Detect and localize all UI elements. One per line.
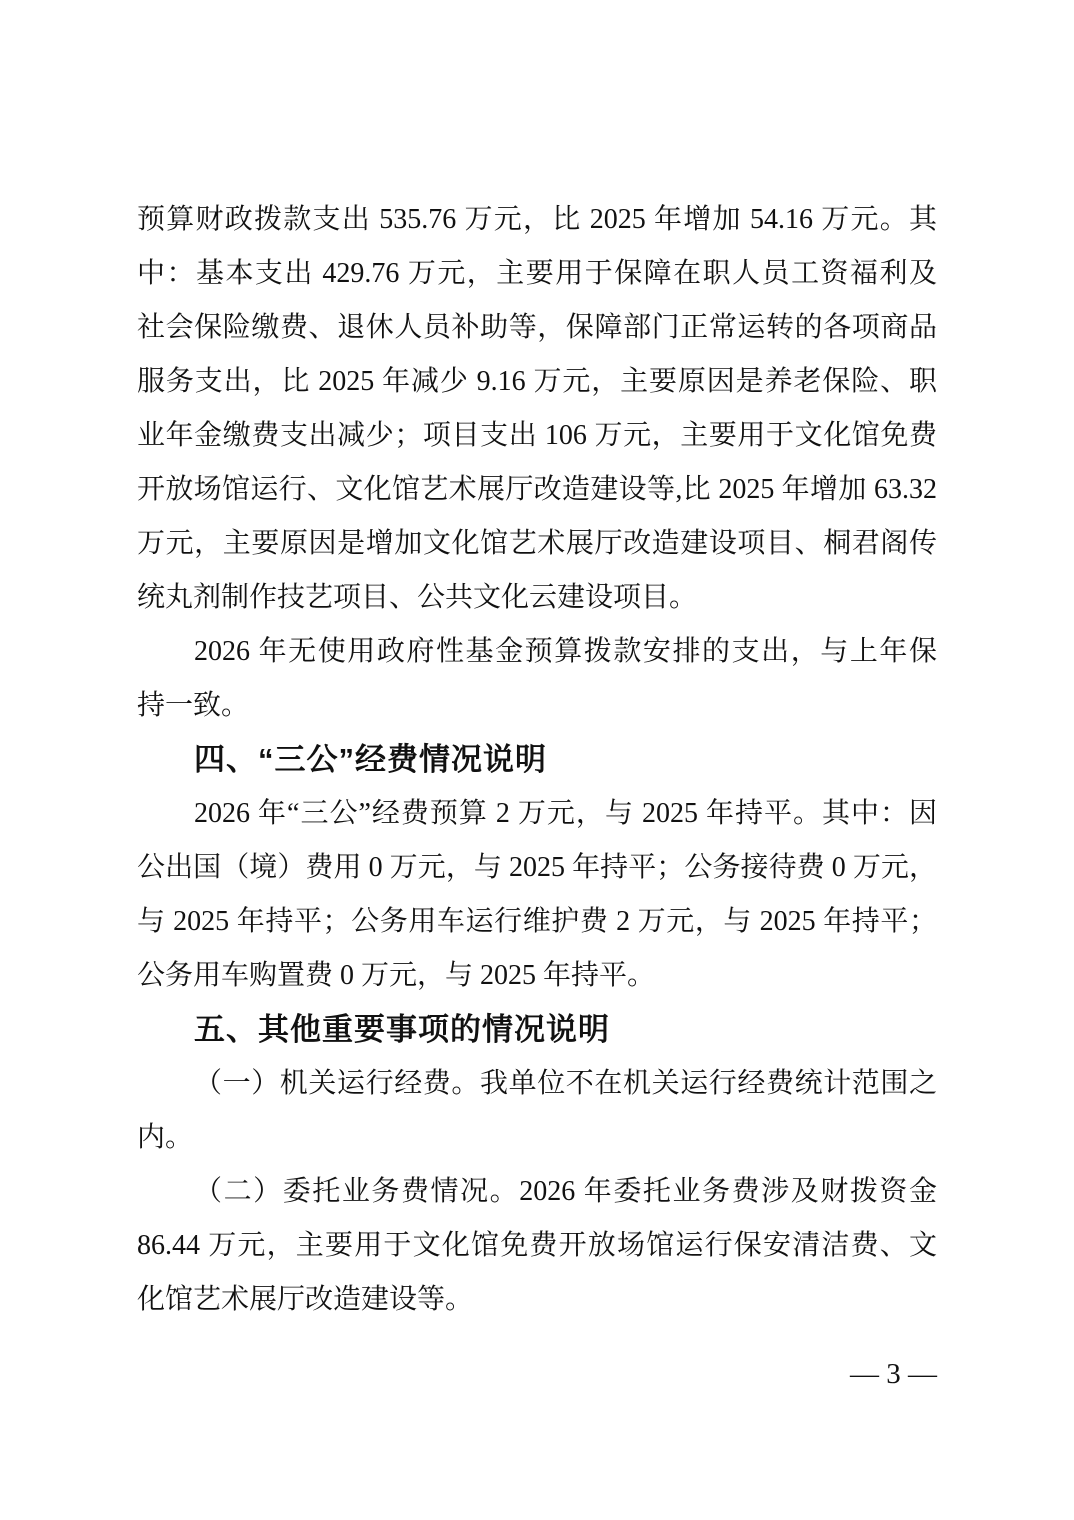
text-line: 万元，主要原因是增加文化馆艺术展厅改造建设项目、桐君阁传	[137, 517, 937, 571]
text-line: 开放场馆运行、文化馆艺术展厅改造建设等,比 2025 年增加 63.32	[137, 463, 937, 517]
text-line: 社会保险缴费、退休人员补助等，保障部门正常运转的各项商品	[137, 301, 937, 355]
text-line: 中：基本支出 429.76 万元，主要用于保障在职人员工资福利及	[137, 247, 937, 301]
text-line: 持一致。	[137, 679, 937, 733]
text-line: 公出国（境）费用 0 万元，与 2025 年持平；公务接待费 0 万元，	[137, 841, 937, 895]
text-line: 86.44 万元，主要用于文化馆免费开放场馆运行保安清洁费、文	[137, 1219, 937, 1273]
text-line: 与 2025 年持平；公务用车运行维护费 2 万元，与 2025 年持平；	[137, 895, 937, 949]
text-line: 预算财政拨款支出 535.76 万元，比 2025 年增加 54.16 万元。其	[137, 193, 937, 247]
text-line: 服务支出，比 2025 年减少 9.16 万元，主要原因是养老保险、职	[137, 355, 937, 409]
document-page: 预算财政拨款支出 535.76 万元，比 2025 年增加 54.16 万元。其…	[0, 0, 1074, 1520]
text-line: 内。	[137, 1111, 937, 1165]
document-body: 预算财政拨款支出 535.76 万元，比 2025 年增加 54.16 万元。其…	[137, 193, 937, 1327]
section-heading-5: 五、其他重要事项的情况说明	[137, 1003, 937, 1057]
section-heading-4: 四、“三公”经费情况说明	[137, 733, 937, 787]
text-line: 2026 年“三公”经费预算 2 万元，与 2025 年持平。其中：因	[137, 787, 937, 841]
text-line: （一）机关运行经费。我单位不在机关运行经费统计范围之	[137, 1057, 937, 1111]
page-number: — 3 —	[850, 1347, 937, 1401]
text-line: 2026 年无使用政府性基金预算拨款安排的支出，与上年保	[137, 625, 937, 679]
text-line: 统丸剂制作技艺项目、公共文化云建设项目。	[137, 571, 937, 625]
text-line: 化馆艺术展厅改造建设等。	[137, 1273, 937, 1327]
text-line: 公务用车购置费 0 万元，与 2025 年持平。	[137, 949, 937, 1003]
text-line: 业年金缴费支出减少；项目支出 106 万元，主要用于文化馆免费	[137, 409, 937, 463]
text-line: （二）委托业务费情况。2026 年委托业务费涉及财拨资金	[137, 1165, 937, 1219]
